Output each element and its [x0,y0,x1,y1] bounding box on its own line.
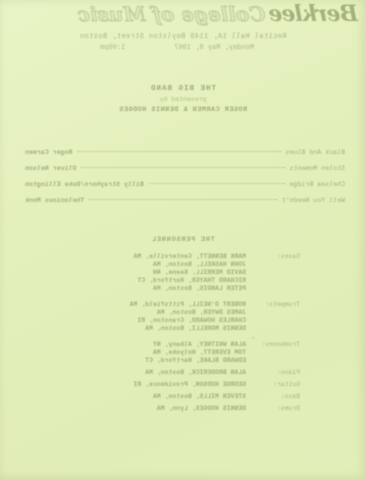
presenters-names: ROGER CARMEN & DENNIS HODGES [0,106,366,114]
presented-by-label: presented by [0,96,366,103]
personnel-group: Drums: DENNIS HODGES, Lynn, MA [40,405,300,413]
bleed-through-sheet: BerkleeCollege of Music Recital Hall 1A,… [0,0,366,480]
personnel-member: DENNIS MORELLI, Boston, MA [40,325,246,333]
personnel-member: JOHN HASKELL, Boston, MA [40,261,246,269]
personnel-group: Trumpets: ROBERT O'NEILL, Pittsfield, MA… [40,301,300,333]
personnel-member: ALAN WHITNEY, Albany, NY [40,341,246,349]
dot-leader [77,151,280,152]
member-list: ROBERT O'NEILL, Pittsfield, MAJAMES DWYE… [40,301,246,333]
logo-word-berklee: Berklee [269,1,358,27]
program-row: Well You Needn't Thelonious Monk [25,197,345,213]
personnel-group: Guitar: GEORGE HUDSON, Providence, RI [40,381,300,389]
member-list: MARK BENNETT, Centerville, MAJOHN HASKEL… [40,253,246,293]
scanned-program-page: BerkleeCollege of Music Recital Hall 1A,… [0,0,366,480]
instrument-label: Guitar: [273,381,300,388]
concert-time: 1:00pm [100,44,125,52]
personnel-roster: Saxes: MARK BENNETT, Centerville, MAJOHN… [40,253,300,417]
piece-title: Well You Needn't [282,197,345,204]
piece-credit: Thelonious Monk [25,197,84,204]
member-list: ALAN BRODERICK, Boston, MA [40,369,246,377]
program-list: Black And Blues Roger Carmen Stolen Mome… [25,149,345,213]
venue-address: Recital Hall 1A, 1140 Boylston Street, B… [0,33,366,41]
personnel-member: RICHARD THAYER, Hartford, CT [40,277,246,285]
instrument-label: Drums: [277,405,300,412]
personnel-member: MARK BENNETT, Centerville, MA [40,253,246,261]
instrument-label: Bass: [281,393,300,400]
program-row: Chelsea Bridge Billy Strayhorn/Duke Elli… [25,181,345,197]
piece-credit: Billy Strayhorn/Duke Ellington [25,181,144,188]
date-line: Monday, May 8, 1967 1:00pm [100,44,254,52]
instrument-label: Piano: [277,369,300,376]
instrument-label: Saxes: [277,253,300,260]
piece-credit: Oliver Nelson [25,165,76,172]
program-row: Black And Blues Roger Carmen [25,149,345,165]
personnel-member: ROBERT O'NEILL, Pittsfield, MA [40,301,246,309]
personnel-group: Trombones: ALAN WHITNEY, Albany, NYTOM E… [40,341,300,365]
dot-leader [89,199,276,200]
personnel-group: Piano: ALAN BRODERICK, Boston, MA [40,369,300,377]
dot-leader [81,167,284,168]
dot-leader [149,183,285,184]
berklee-logo: BerkleeCollege of Music [78,1,358,27]
personnel-member: CHARLES HOWARD, Cranston, RI [40,317,246,325]
instrument-label: Trombones: [262,341,300,348]
piece-title: Chelsea Bridge [290,181,345,188]
member-list: DENNIS HODGES, Lynn, MA [40,405,246,413]
personnel-group: Saxes: MARK BENNETT, Centerville, MAJOHN… [40,253,300,293]
instrument-label: Trumpets: [265,301,300,308]
personnel-group: Bass: STEVEN MILLS, Boston, MA [40,393,300,401]
logo-word-college-of-music: College of Music [78,2,265,26]
personnel-member: DAVID MERRILL, Keene, NH [40,269,246,277]
concert-title: THE BIG BAND [0,85,366,93]
personnel-heading: THE PERSONNEL [0,236,366,244]
piece-title: Stolen Moments [290,165,345,172]
personnel-member: PETER LANDIS, Boston, MA [40,285,246,293]
personnel-member: ALAN BRODERICK, Boston, MA [40,369,246,377]
member-list: GEORGE HUDSON, Providence, RI [40,381,246,389]
personnel-member: JAMES DWYER, Boston, MA [40,309,246,317]
program-row: Stolen Moments Oliver Nelson [25,165,345,181]
piece-title: Black And Blues [286,149,345,156]
personnel-member: STEVEN MILLS, Boston, MA [40,393,246,401]
member-list: ALAN WHITNEY, Albany, NYTOM EVERETT, Hol… [40,341,246,365]
piece-credit: Roger Carmen [25,149,72,156]
personnel-member: TOM EVERETT, Holyoke, MA [40,349,246,357]
personnel-member: EDWARD BLAKE, Hartford, CT [40,357,246,365]
personnel-member: DENNIS HODGES, Lynn, MA [40,405,246,413]
concert-date: Monday, May 8, 1967 [174,44,254,52]
personnel-member: GEORGE HUDSON, Providence, RI [40,381,246,389]
ink-speck: * [251,336,255,343]
member-list: STEVEN MILLS, Boston, MA [40,393,246,401]
